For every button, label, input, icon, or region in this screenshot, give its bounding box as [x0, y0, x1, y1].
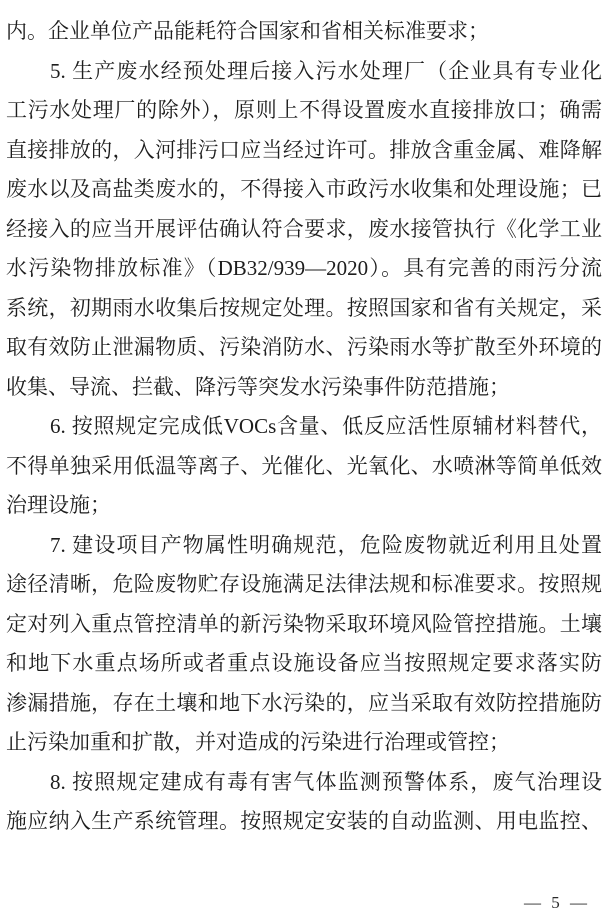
- text-line: 直接排放的，入河排污口应当经过许可。排放含重金属、难降解: [6, 131, 602, 171]
- text-line: 系统，初期雨水收集后按规定处理。按照国家和省有关规定，采: [6, 289, 602, 329]
- document-text-block: 内。企业单位产品能耗符合国家和省相关标准要求；5. 生产废水经预处理后接入污水处…: [6, 12, 602, 842]
- text-line: 8. 按照规定建成有毒有害气体监测预警体系，废气治理设: [6, 763, 602, 803]
- text-line: 水污染物排放标准》（DB32/939—2020）。具有完善的雨污分流: [6, 249, 602, 289]
- text-line: 工污水处理厂的除外），原则上不得设置废水直接排放口；确需: [6, 91, 602, 131]
- text-line: 废水以及高盐类废水的，不得接入市政污水收集和处理设施；已: [6, 170, 602, 210]
- text-line: 7. 建设项目产物属性明确规范，危险废物就近利用且处置: [6, 526, 602, 566]
- page-number: — 5 —: [0, 893, 590, 913]
- document-page: 内。企业单位产品能耗符合国家和省相关标准要求；5. 生产废水经预处理后接入污水处…: [0, 0, 608, 922]
- text-line: 止污染加重和扩散，并对造成的污染进行治理或管控；: [6, 723, 602, 763]
- text-line: 收集、导流、拦截、降污等突发水污染事件防范措施；: [6, 368, 602, 408]
- text-line: 取有效防止泄漏物质、污染消防水、污染雨水等扩散至外环境的: [6, 328, 602, 368]
- text-line: 内。企业单位产品能耗符合国家和省相关标准要求；: [6, 12, 602, 52]
- text-line: 5. 生产废水经预处理后接入污水处理厂（企业具有专业化: [6, 52, 602, 92]
- text-line: 定对列入重点管控清单的新污染物采取环境风险管控措施。土壤: [6, 605, 602, 645]
- text-line: 经接入的应当开展评估确认符合要求，废水接管执行《化学工业: [6, 210, 602, 250]
- text-line: 途径清晰，危险废物贮存设施满足法律法规和标准要求。按照规: [6, 565, 602, 605]
- text-line: 6. 按照规定完成低VOCs含量、低反应活性原辅材料替代，: [6, 407, 602, 447]
- text-line: 施应纳入生产系统管理。按照规定安装的自动监测、用电监控、: [6, 802, 602, 842]
- text-line: 渗漏措施，存在土壤和地下水污染的，应当采取有效防控措施防: [6, 684, 602, 724]
- text-line: 和地下水重点场所或者重点设施设备应当按照规定要求落实防: [6, 644, 602, 684]
- text-line: 不得单独采用低温等离子、光催化、光氧化、水喷淋等简单低效: [6, 447, 602, 487]
- text-line: 治理设施；: [6, 486, 602, 526]
